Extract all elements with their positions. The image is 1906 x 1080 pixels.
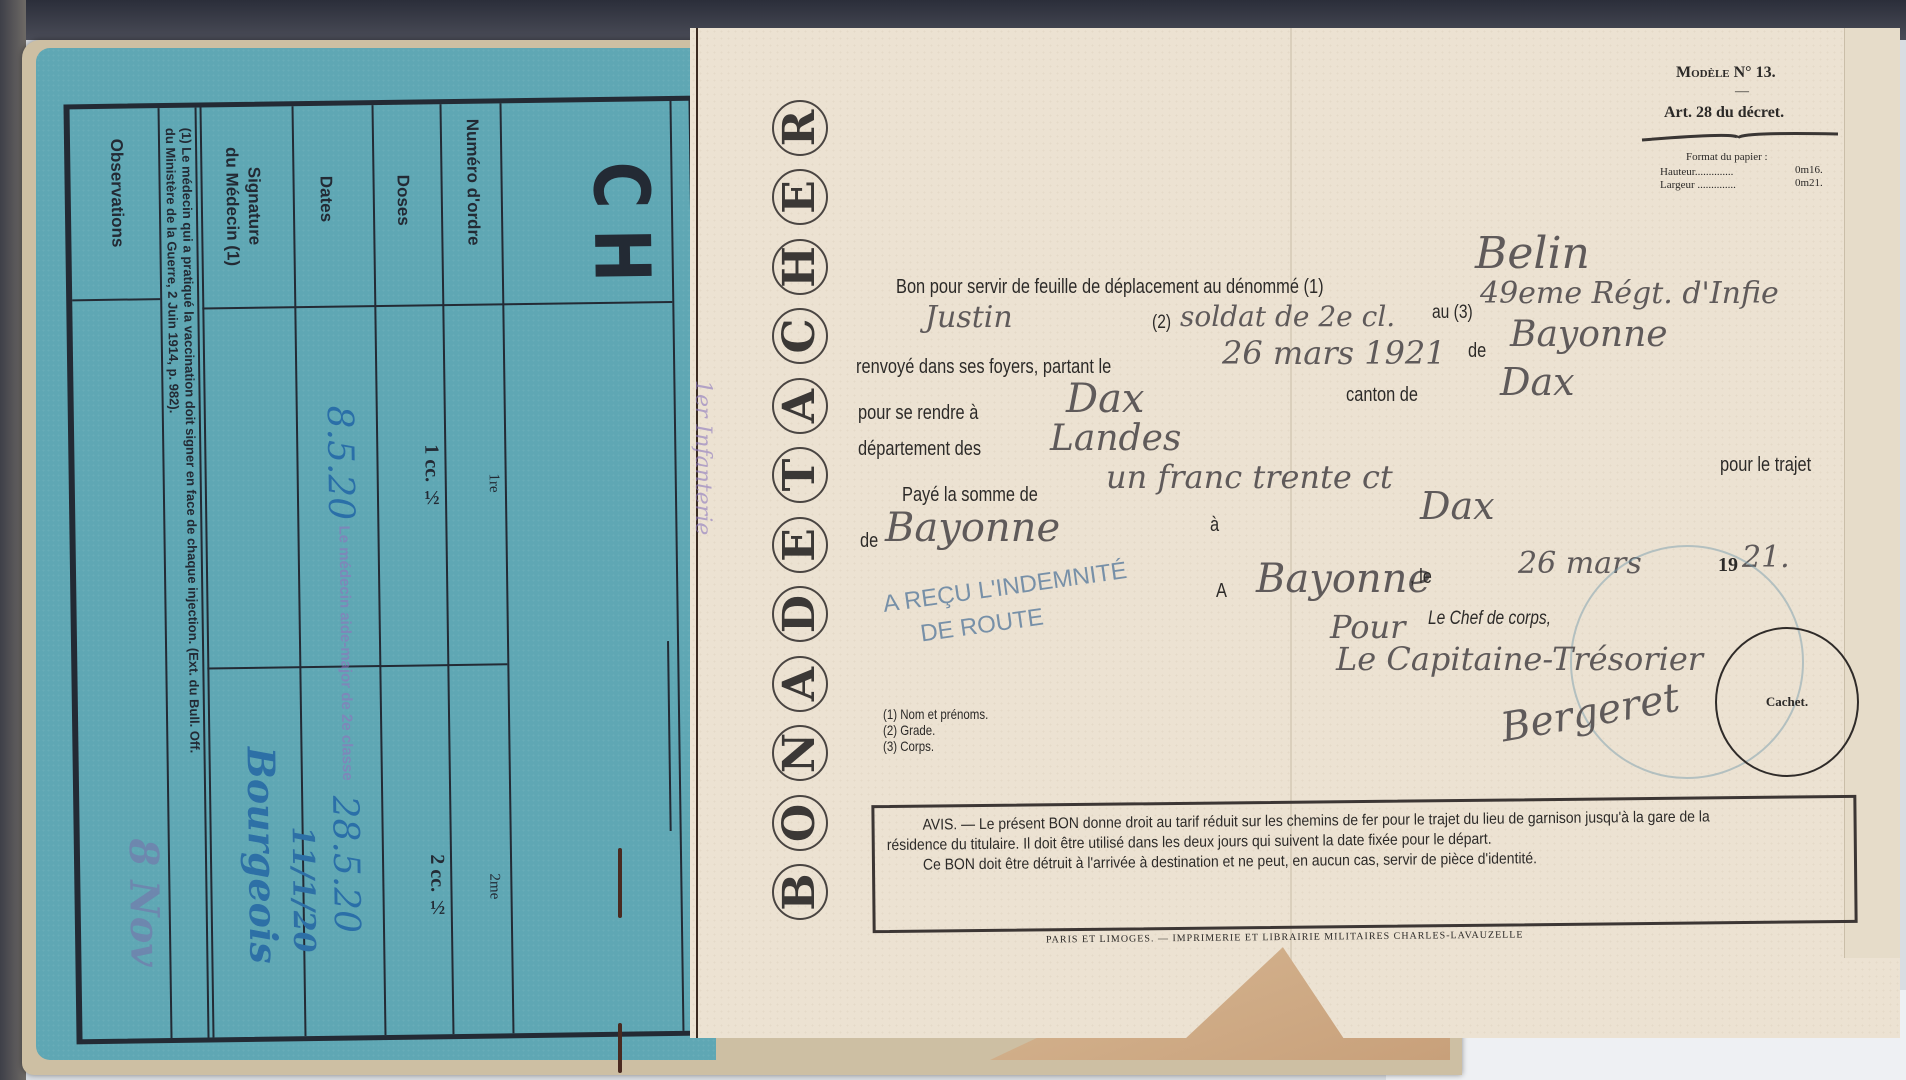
trip-to-label: à (1210, 514, 1219, 537)
observations-header: Observations (106, 139, 128, 248)
header-dash: — (1735, 84, 1749, 100)
first-name-field: Justin (925, 300, 1013, 335)
trip-from-label: de (860, 530, 878, 553)
doctor-signature-date: 11/1/20 (285, 826, 322, 953)
doctor-signature-header-line2: du Médecin (1) (222, 147, 243, 266)
canton-field: Dax (1500, 360, 1575, 404)
observations-note: 8 Nov (120, 838, 169, 967)
destination-label: pour se rendre à (858, 402, 978, 425)
paper-width-value: 0m21. (1795, 177, 1823, 189)
decree-article: Art. 28 du décret. (1664, 104, 1784, 122)
chief-of-corps-label: Le Chef de corps, (1428, 608, 1551, 630)
title-underline (667, 641, 672, 831)
banner-letter: A (772, 656, 828, 712)
date-prefix: , le (1410, 566, 1432, 589)
grade-label: (2) (1152, 312, 1171, 334)
banner-letter: N (772, 725, 828, 781)
corps-field: 49eme Régt. d'Infie (1480, 276, 1779, 311)
grade-field: soldat de 2e cl. (1180, 300, 1395, 333)
injection-1-order: 1re (485, 473, 502, 492)
banner-letter: O (772, 795, 828, 851)
model-number: Modèle N° 13. (1676, 64, 1776, 82)
paper-format-label: Format du papier : (1686, 151, 1768, 163)
vaccination-table: Observations (1) Le médecin qui a pratiq… (63, 96, 706, 1045)
note-2: (2) Grade. (883, 722, 935, 738)
doctor-signature: Bourgeois (238, 746, 286, 964)
department-field: Landes (1050, 418, 1181, 459)
note-3: (3) Corps. (883, 738, 934, 754)
notice-box: AVIS. — Le présent BON donne droit au ta… (871, 795, 1857, 933)
canton-label: canton de (1346, 384, 1418, 407)
order-number-header: Numéro d'ordre (462, 119, 484, 246)
treasurer-handwritten: Le Capitaine-Trésorier (1336, 640, 1703, 678)
purple-stamp: Le médecin aide-major de 2e classe (335, 525, 356, 780)
trip-to-field: Dax (1420, 484, 1495, 528)
table-divider (72, 298, 160, 301)
staple-top (618, 848, 622, 918)
injection-2-date: 28.5.20 (324, 795, 367, 933)
cachet-label: Cachet. (1766, 694, 1808, 710)
injection-2-dose: 2 cc. ½ (425, 854, 449, 919)
brace-ornament (1640, 128, 1840, 144)
trip-from-field: Bayonne (885, 505, 1060, 551)
place-field: Bayonne (1256, 556, 1431, 602)
injection-1-date: 8.5.20 (319, 405, 362, 520)
paper-width-label: Largeur .............. (1660, 179, 1736, 191)
banner-letter: D (772, 586, 828, 642)
departure-from-field: Bayonne (1510, 314, 1668, 355)
paid-amount-label: Payé la somme de (902, 484, 1038, 507)
note-1: (1) Nom et prénoms. (883, 706, 988, 722)
banner-letter: E (772, 169, 828, 225)
table-divider (372, 105, 387, 1035)
banner-letter: E (772, 517, 828, 573)
trip-label: pour le trajet (1720, 454, 1811, 477)
banner-letter: B (772, 864, 828, 920)
banner-letter: R (772, 100, 828, 156)
voucher-intro-label: Bon pour servir de feuille de déplacemen… (896, 276, 1324, 299)
table-divider (207, 663, 507, 669)
place-prefix: A (1216, 580, 1227, 603)
corps-label: au (3) (1432, 302, 1473, 324)
margin-note: 1er Infanterie (690, 380, 715, 535)
departure-date-field: 26 mars 1921 (1222, 334, 1446, 372)
paid-amount-field: un franc trente ct (1106, 458, 1393, 496)
banner-letter: H (772, 239, 828, 295)
injection-1-dose: 1 cc. ½ (419, 444, 443, 509)
departure-from-label: de (1468, 340, 1486, 363)
injection-2-order: 2me (485, 873, 502, 899)
destination-field: Dax (1066, 376, 1144, 422)
doses-header: Doses (392, 175, 413, 226)
doctor-signature-header: Signature du Médecin (1) (220, 147, 266, 267)
bon-a-detacher-banner: R E H C A T E D A N O B (760, 100, 840, 920)
dates-header: Dates (315, 176, 336, 223)
doctor-signature-header-line1: Signature (244, 167, 264, 246)
staple-bottom (618, 1023, 622, 1073)
banner-letter: C (772, 308, 828, 364)
paper-height-label: Hauteur.............. (1660, 166, 1733, 178)
banner-letter: T (772, 447, 828, 503)
cachet-circle: Cachet. (1715, 627, 1859, 777)
series-letters: CH (575, 161, 666, 303)
department-label: département des (858, 438, 981, 461)
vaccination-card: Observations (1) Le médecin qui a pratiq… (36, 48, 716, 1060)
table-divider (669, 101, 684, 1031)
surname-field: Belin (1475, 228, 1590, 279)
paper-height-value: 0m16. (1795, 164, 1823, 176)
banner-letter: A (772, 378, 828, 434)
